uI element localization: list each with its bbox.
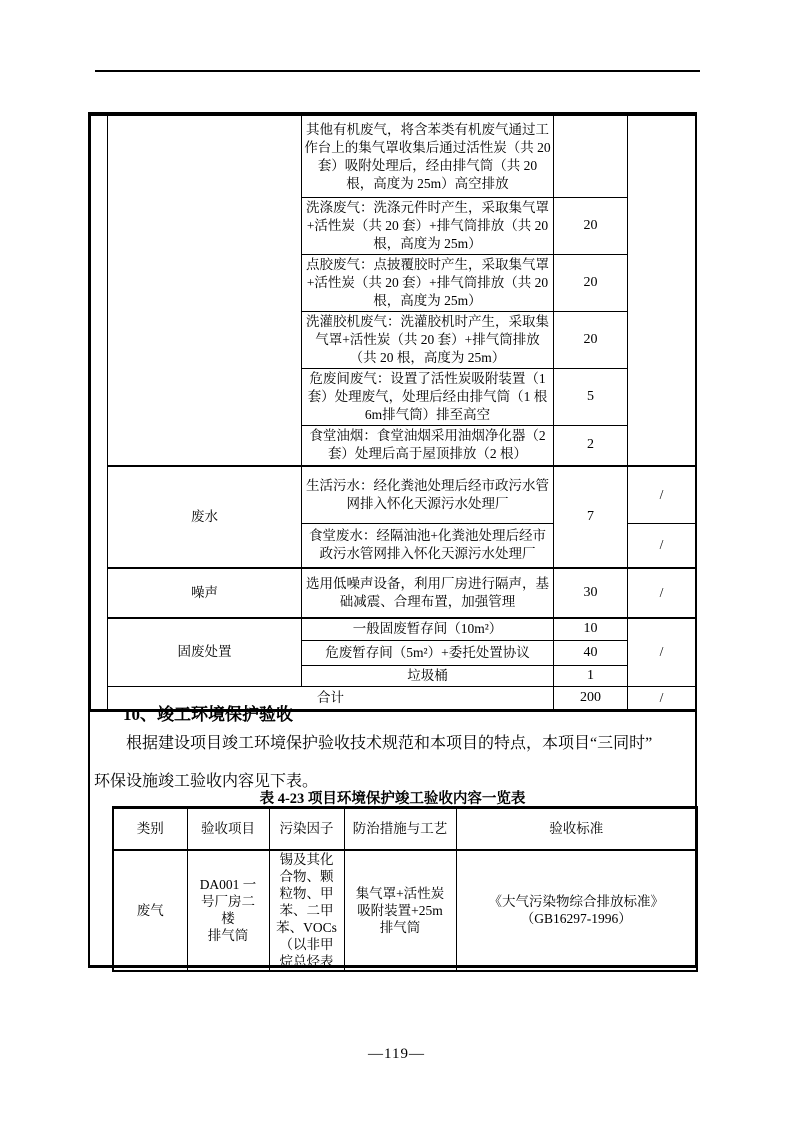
- category-cell: 废水: [108, 466, 302, 568]
- value-cell: 20: [554, 312, 628, 369]
- project-cell: DA001 一 号厂房二 楼 排气筒: [187, 850, 269, 971]
- column-header: 污染因子: [269, 808, 344, 850]
- category-cell: 固废处置: [108, 618, 302, 687]
- measure-cell: 其他有机废气，将含苯类有机废气通过工作台上的集气罩收集后通过活性炭（共 20 套…: [302, 116, 554, 198]
- column-header: 防治措施与工艺: [344, 808, 456, 850]
- pollution-control-table: 其他有机废气，将含苯类有机废气通过工作台上的集气罩收集后通过活性炭（共 20 套…: [90, 115, 696, 712]
- value-cell: 2: [554, 426, 628, 466]
- measure-cell: 食堂废水：经隔油池+化粪池处理后经市政污水管网排入怀化天源污水处理厂: [302, 524, 554, 568]
- acceptance-table: 类别 验收项目 污染因子 防治措施与工艺 验收标准 废气 DA001 一 号厂房…: [112, 806, 698, 972]
- value-cell: 1: [554, 666, 628, 687]
- page-number: —119—: [0, 1046, 793, 1063]
- section-heading: 10、竣工环境保护验收: [123, 700, 293, 725]
- table-row: 废气 DA001 一 号厂房二 楼 排气筒 锡及其化 合物、颗 粒物、甲 苯、二…: [113, 850, 697, 971]
- pollutants-cell: 锡及其化 合物、颗 粒物、甲 苯、二甲 苯、VOCs （以非甲 烷总烃表: [269, 850, 344, 971]
- table-row: 噪声 选用低噪声设备，利用厂房进行隔声，基础减震、合理布置，加强管理 30 /: [91, 568, 696, 618]
- total-standard-cell: /: [628, 687, 696, 711]
- document-page: { "colors": { "ink": "#000000", "paper":…: [0, 0, 793, 1122]
- column-header: 验收标准: [456, 808, 697, 850]
- measure-cell: 危废间废气：设置了活性炭吸附装置（1 套）处理废气，处理后经由排气筒（1 根 6…: [302, 369, 554, 426]
- measure-cell: 食堂油烟：食堂油烟采用油烟净化器（2 套）处理后高于屋顶排放（2 根）: [302, 426, 554, 466]
- content-frame: 其他有机废气，将含苯类有机废气通过工作台上的集气罩收集后通过活性炭（共 20 套…: [88, 112, 697, 968]
- value-cell: 7: [554, 466, 628, 568]
- measure-cell: 危废暂存间（5m²）+委托处置协议: [302, 641, 554, 666]
- standard-cell: /: [628, 524, 696, 568]
- waste-gas-category-cell: [108, 116, 302, 466]
- table-row: 其他有机废气，将含苯类有机废气通过工作台上的集气罩收集后通过活性炭（共 20 套…: [91, 116, 696, 198]
- measure-cell: 点胶废气：点披覆胶时产生，采取集气罩+活性炭（共 20 套）+排气筒排放（共 2…: [302, 255, 554, 312]
- value-cell: 10: [554, 618, 628, 641]
- value-cell: 30: [554, 568, 628, 618]
- standard-cell: /: [628, 618, 696, 687]
- header-rule: [95, 70, 700, 72]
- total-value-cell: 200: [554, 687, 628, 711]
- table-row: 固废处置 一般固废暂存间（10m²） 10 /: [91, 618, 696, 641]
- standard-cell: /: [628, 568, 696, 618]
- value-cell: 5: [554, 369, 628, 426]
- category-cell: 废气: [113, 850, 187, 971]
- standard-cell: [628, 116, 696, 466]
- measures-cell: 集气罩+活性炭 吸附装置+25m 排气筒: [344, 850, 456, 971]
- measure-cell: 垃圾桶: [302, 666, 554, 687]
- category-cell: 噪声: [108, 568, 302, 618]
- standard-cell: 《大气污染物综合排放标准》 （GB16297-1996）: [456, 850, 697, 971]
- header-row: 类别 验收项目 污染因子 防治措施与工艺 验收标准: [113, 808, 697, 850]
- value-cell: [554, 116, 628, 198]
- table-row: 废水 生活污水：经化粪池处理后经市政污水管网排入怀化天源污水处理厂 7 /: [91, 466, 696, 524]
- standard-cell: /: [628, 466, 696, 524]
- column-header: 验收项目: [187, 808, 269, 850]
- left-strip-cell: [91, 116, 108, 711]
- measure-cell: 洗灌胶机废气：洗灌胶机时产生，采取集气罩+活性炭（共 20 套）+排气筒排放（共…: [302, 312, 554, 369]
- value-cell: 40: [554, 641, 628, 666]
- measure-cell: 洗涤废气：洗涤元件时产生，采取集气罩+活性炭（共 20 套）+排气筒排放（共 2…: [302, 198, 554, 255]
- measure-cell: 选用低噪声设备，利用厂房进行隔声，基础减震、合理布置，加强管理: [302, 568, 554, 618]
- measure-cell: 生活污水：经化粪池处理后经市政污水管网排入怀化天源污水处理厂: [302, 466, 554, 524]
- value-cell: 20: [554, 255, 628, 312]
- measure-cell: 一般固废暂存间（10m²）: [302, 618, 554, 641]
- table-caption: 表 4-23 项目环境保护竣工验收内容一览表: [90, 787, 695, 808]
- value-cell: 20: [554, 198, 628, 255]
- column-header: 类别: [113, 808, 187, 850]
